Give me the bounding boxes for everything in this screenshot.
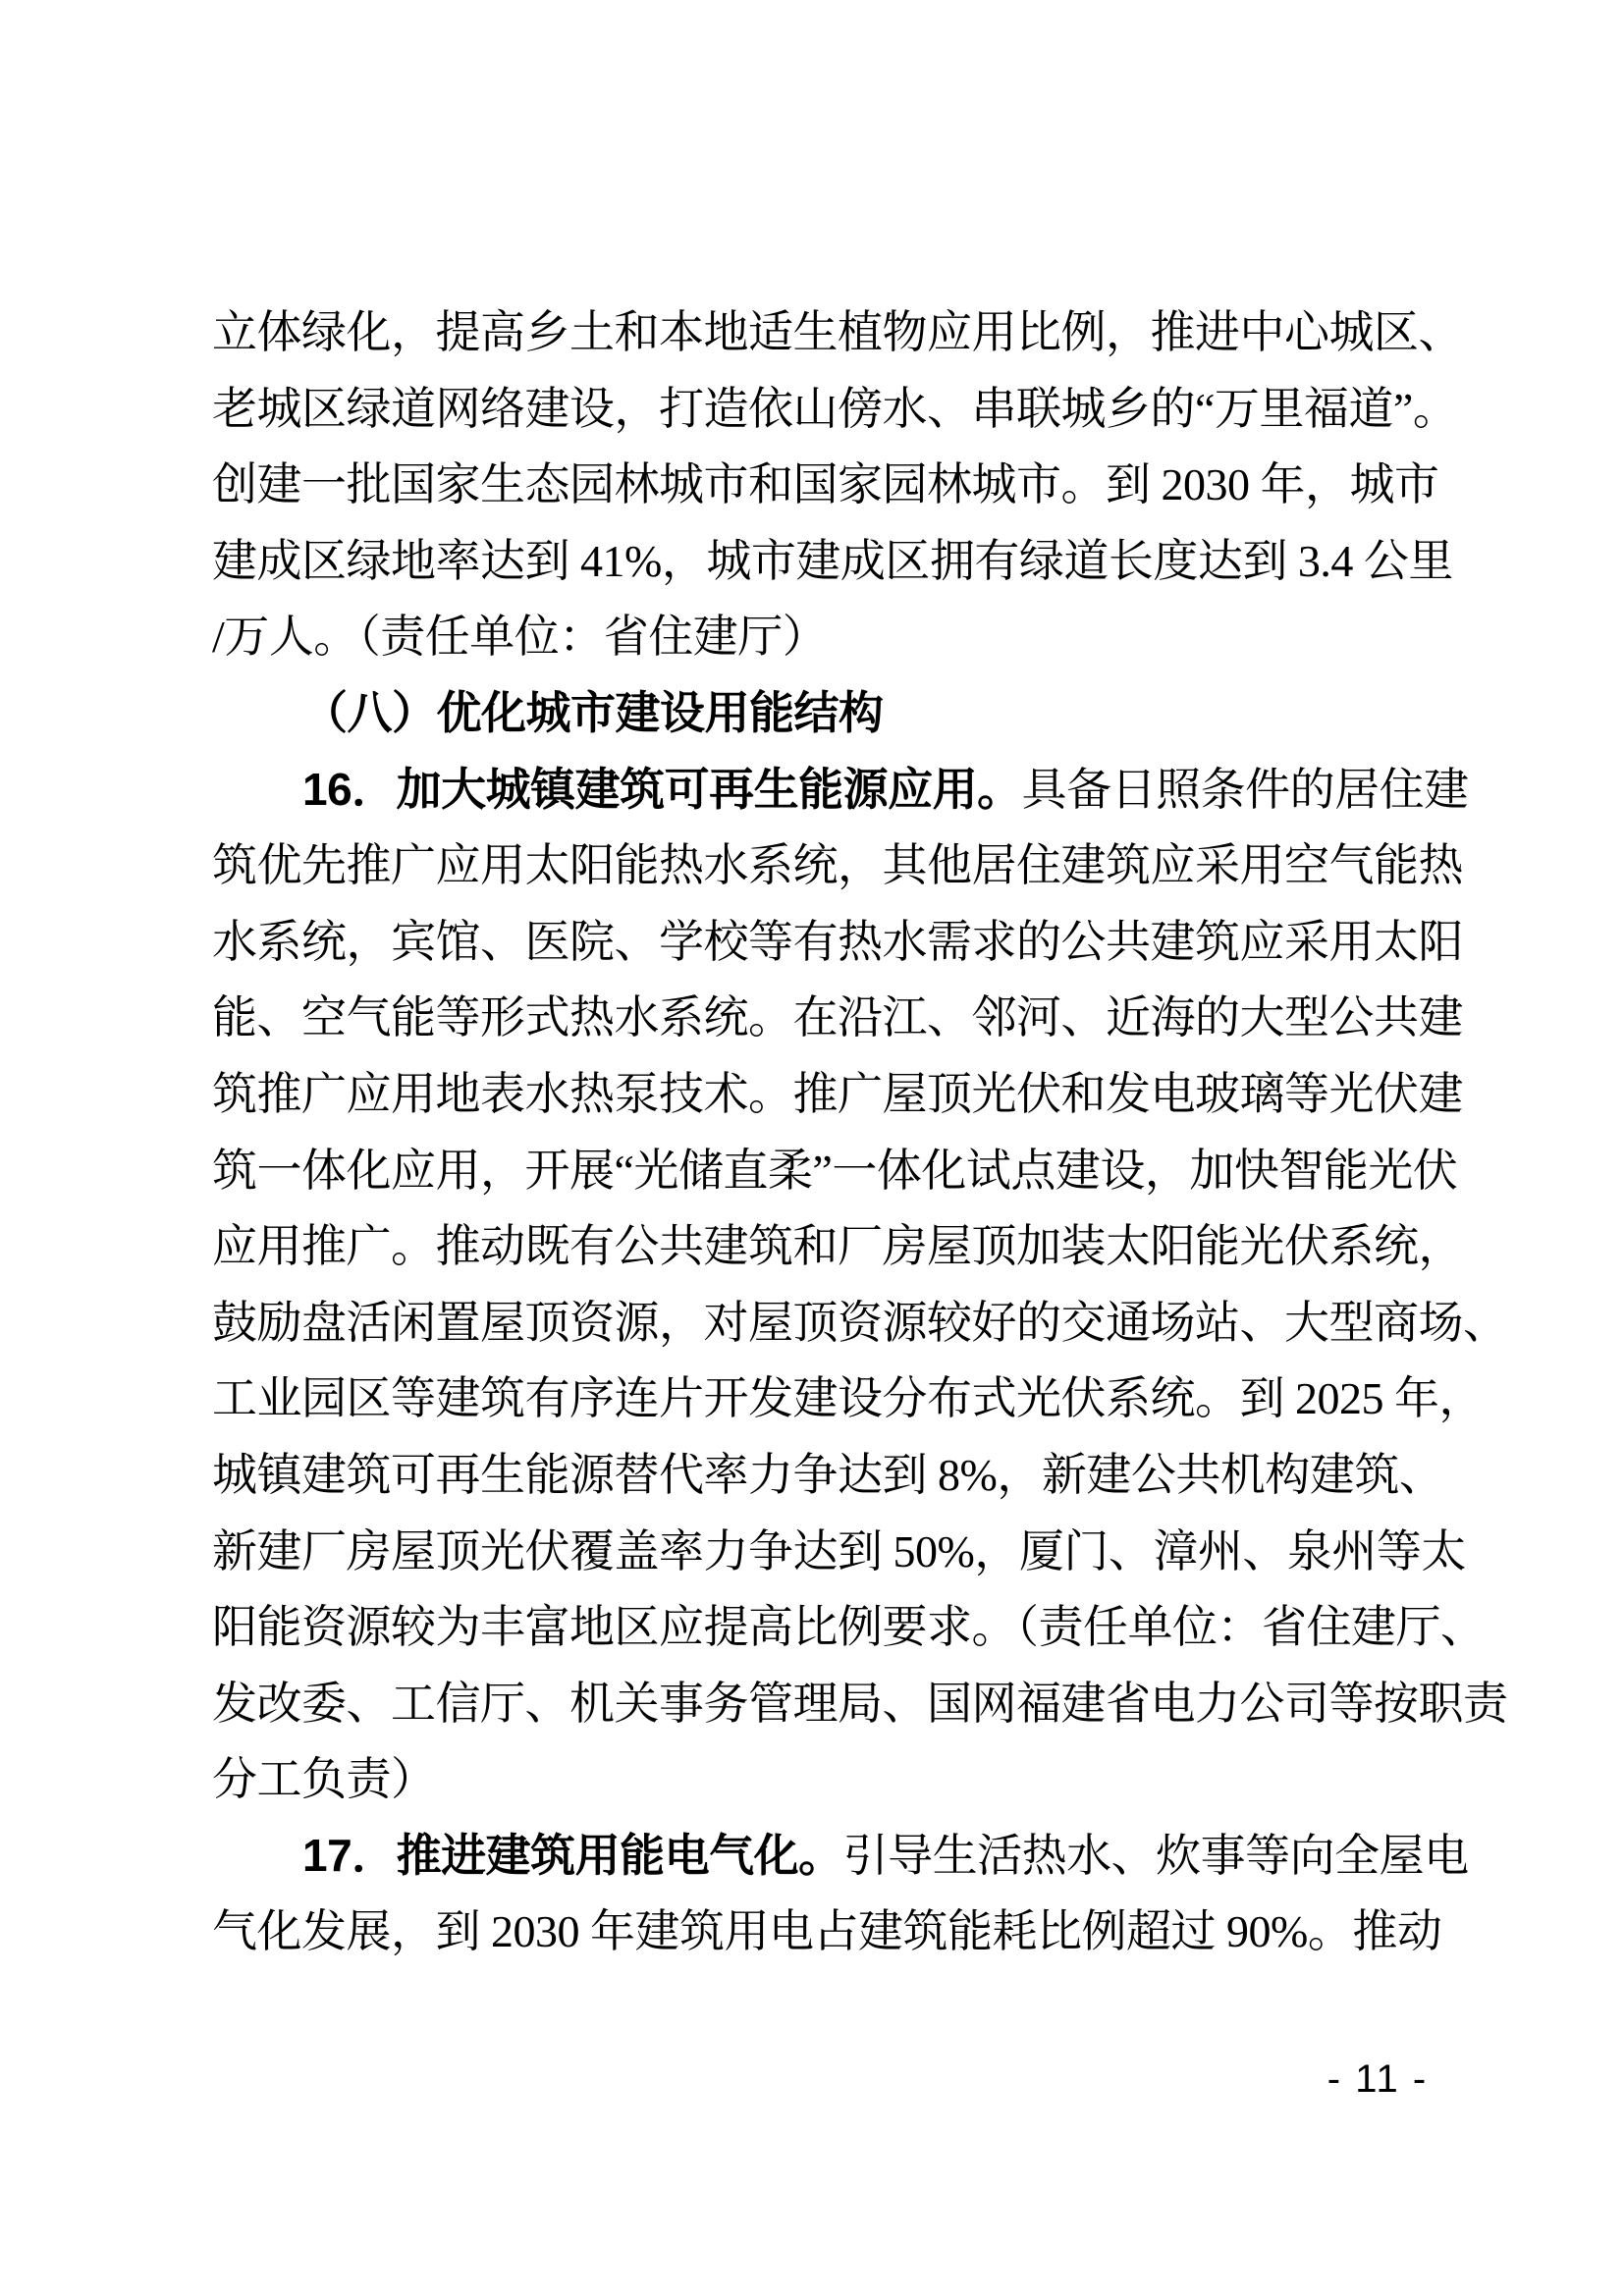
text-line: 筑优先推广应用太阳能热水系统，其他居住建筑应采用空气能热 [212, 828, 1432, 904]
document-page: 立体绿化，提高乡土和本地适生植物应用比例，推进中心城区、老城区绿道网络建设，打造… [0, 0, 1624, 2296]
text-line: 建成区绿地率达到 41%，城市建成区拥有绿道长度达到 3.4 公里 [212, 523, 1432, 600]
text-line: 阳能资源较为丰富地区应提高比例要求。（责任单位：省住建厅、 [212, 1589, 1432, 1666]
line-text: 立体绿化，提高乡土和本地适生植物应用比例，推进中心城区、 [212, 307, 1463, 357]
text-line: 筑推广应用地表水热泵技术。推广屋顶光伏和发电玻璃等光伏建 [212, 1056, 1432, 1133]
line-text: 水系统，宾馆、医院、学校等有热水需求的公共建筑应采用太阳 [212, 917, 1463, 967]
line-text: 创建一批国家生态园林城市和国家园林城市。到 2030 年，城市 [212, 459, 1439, 509]
line-text: /万人。（责任单位：省住建厅） [212, 612, 827, 662]
line-text: 老城区绿道网络建设，打造依山傍水、串联城乡的“万里福道”。 [212, 384, 1457, 434]
line-text: 具备日照条件的居住建 [1022, 765, 1469, 815]
text-line: 能、空气能等形式热水系统。在沿江、邻河、近海的大型公共建 [212, 980, 1432, 1056]
line-bold-prefix: （八）优化城市建设用能结构 [302, 687, 884, 738]
document-body: 立体绿化，提高乡土和本地适生植物应用比例，推进中心城区、老城区绿道网络建设，打造… [212, 294, 1432, 1970]
line-text: 筑优先推广应用太阳能热水系统，其他居住建筑应采用空气能热 [212, 840, 1463, 890]
text-line: 立体绿化，提高乡土和本地适生植物应用比例，推进中心城区、 [212, 294, 1432, 371]
line-bold-prefix: 16．加大城镇建筑可再生能源应用。 [302, 764, 1022, 815]
line-text: 引导生活热水、炊事等向全屋电 [843, 1831, 1469, 1881]
text-line: 城镇建筑可再生能源替代率力争达到 8%，新建公共机构建筑、 [212, 1437, 1432, 1514]
line-text: 筑推广应用地表水热泵技术。推广屋顶光伏和发电玻璃等光伏建 [212, 1069, 1463, 1119]
line-text: 阳能资源较为丰富地区应提高比例要求。（责任单位：省住建厅、 [212, 1602, 1486, 1652]
text-line: 鼓励盘活闲置屋顶资源，对屋顶资源较好的交通场站、大型商场、 [212, 1285, 1432, 1362]
text-line: 筑一体化应用，开展“光储直柔”一体化试点建设，加快智能光伏 [212, 1133, 1432, 1209]
text-line: 分工负责） [212, 1741, 1432, 1818]
line-bold-prefix: 17．推进建筑用能电气化。 [302, 1830, 843, 1881]
text-line: （八）优化城市建设用能结构 [212, 675, 1432, 752]
line-text: 筑一体化应用，开展“光储直柔”一体化试点建设，加快智能光伏 [212, 1146, 1457, 1196]
line-text: 发改委、工信厅、机关事务管理局、国网福建省电力公司等按职责 [212, 1679, 1508, 1729]
line-text: 新建厂房屋顶光伏覆盖率力争达到 50%，厦门、漳州、泉州等太 [212, 1526, 1466, 1576]
text-line: 新建厂房屋顶光伏覆盖率力争达到 50%，厦门、漳州、泉州等太 [212, 1514, 1432, 1590]
text-line: /万人。（责任单位：省住建厅） [212, 599, 1432, 675]
line-text: 鼓励盘活闲置屋顶资源，对屋顶资源较好的交通场站、大型商场、 [212, 1298, 1508, 1348]
text-line: 老城区绿道网络建设，打造依山傍水、串联城乡的“万里福道”。 [212, 371, 1432, 448]
line-text: 分工负责） [212, 1754, 436, 1804]
text-line: 水系统，宾馆、医院、学校等有热水需求的公共建筑应采用太阳 [212, 904, 1432, 981]
text-line: 应用推广。推动既有公共建筑和厂房屋顶加装太阳能光伏系统， [212, 1208, 1432, 1285]
text-line: 气化发展，到 2030 年建筑用电占建筑能耗比例超过 90%。推动 [212, 1894, 1432, 1970]
text-line: 创建一批国家生态园林城市和国家园林城市。到 2030 年，城市 [212, 447, 1432, 523]
line-text: 能、空气能等形式热水系统。在沿江、邻河、近海的大型公共建 [212, 992, 1463, 1042]
line-text: 城镇建筑可再生能源替代率力争达到 8%，新建公共机构建筑、 [212, 1450, 1443, 1500]
line-text: 气化发展，到 2030 年建筑用电占建筑能耗比例超过 90%。推动 [212, 1906, 1441, 1956]
text-line: 发改委、工信厅、机关事务管理局、国网福建省电力公司等按职责 [212, 1666, 1432, 1742]
line-text: 工业园区等建筑有序连片开发建设分布式光伏系统。到 2025 年， [212, 1373, 1484, 1423]
text-line: 16．加大城镇建筑可再生能源应用。具备日照条件的居住建 [212, 752, 1432, 828]
page-number: - 11 - [1314, 2057, 1441, 2101]
line-text: 应用推广。推动既有公共建筑和厂房屋顶加装太阳能光伏系统， [212, 1221, 1463, 1271]
line-text: 建成区绿地率达到 41%，城市建成区拥有绿道长度达到 3.4 公里 [212, 536, 1453, 586]
text-line: 工业园区等建筑有序连片开发建设分布式光伏系统。到 2025 年， [212, 1361, 1432, 1437]
text-line: 17．推进建筑用能电气化。引导生活热水、炊事等向全屋电 [212, 1818, 1432, 1895]
